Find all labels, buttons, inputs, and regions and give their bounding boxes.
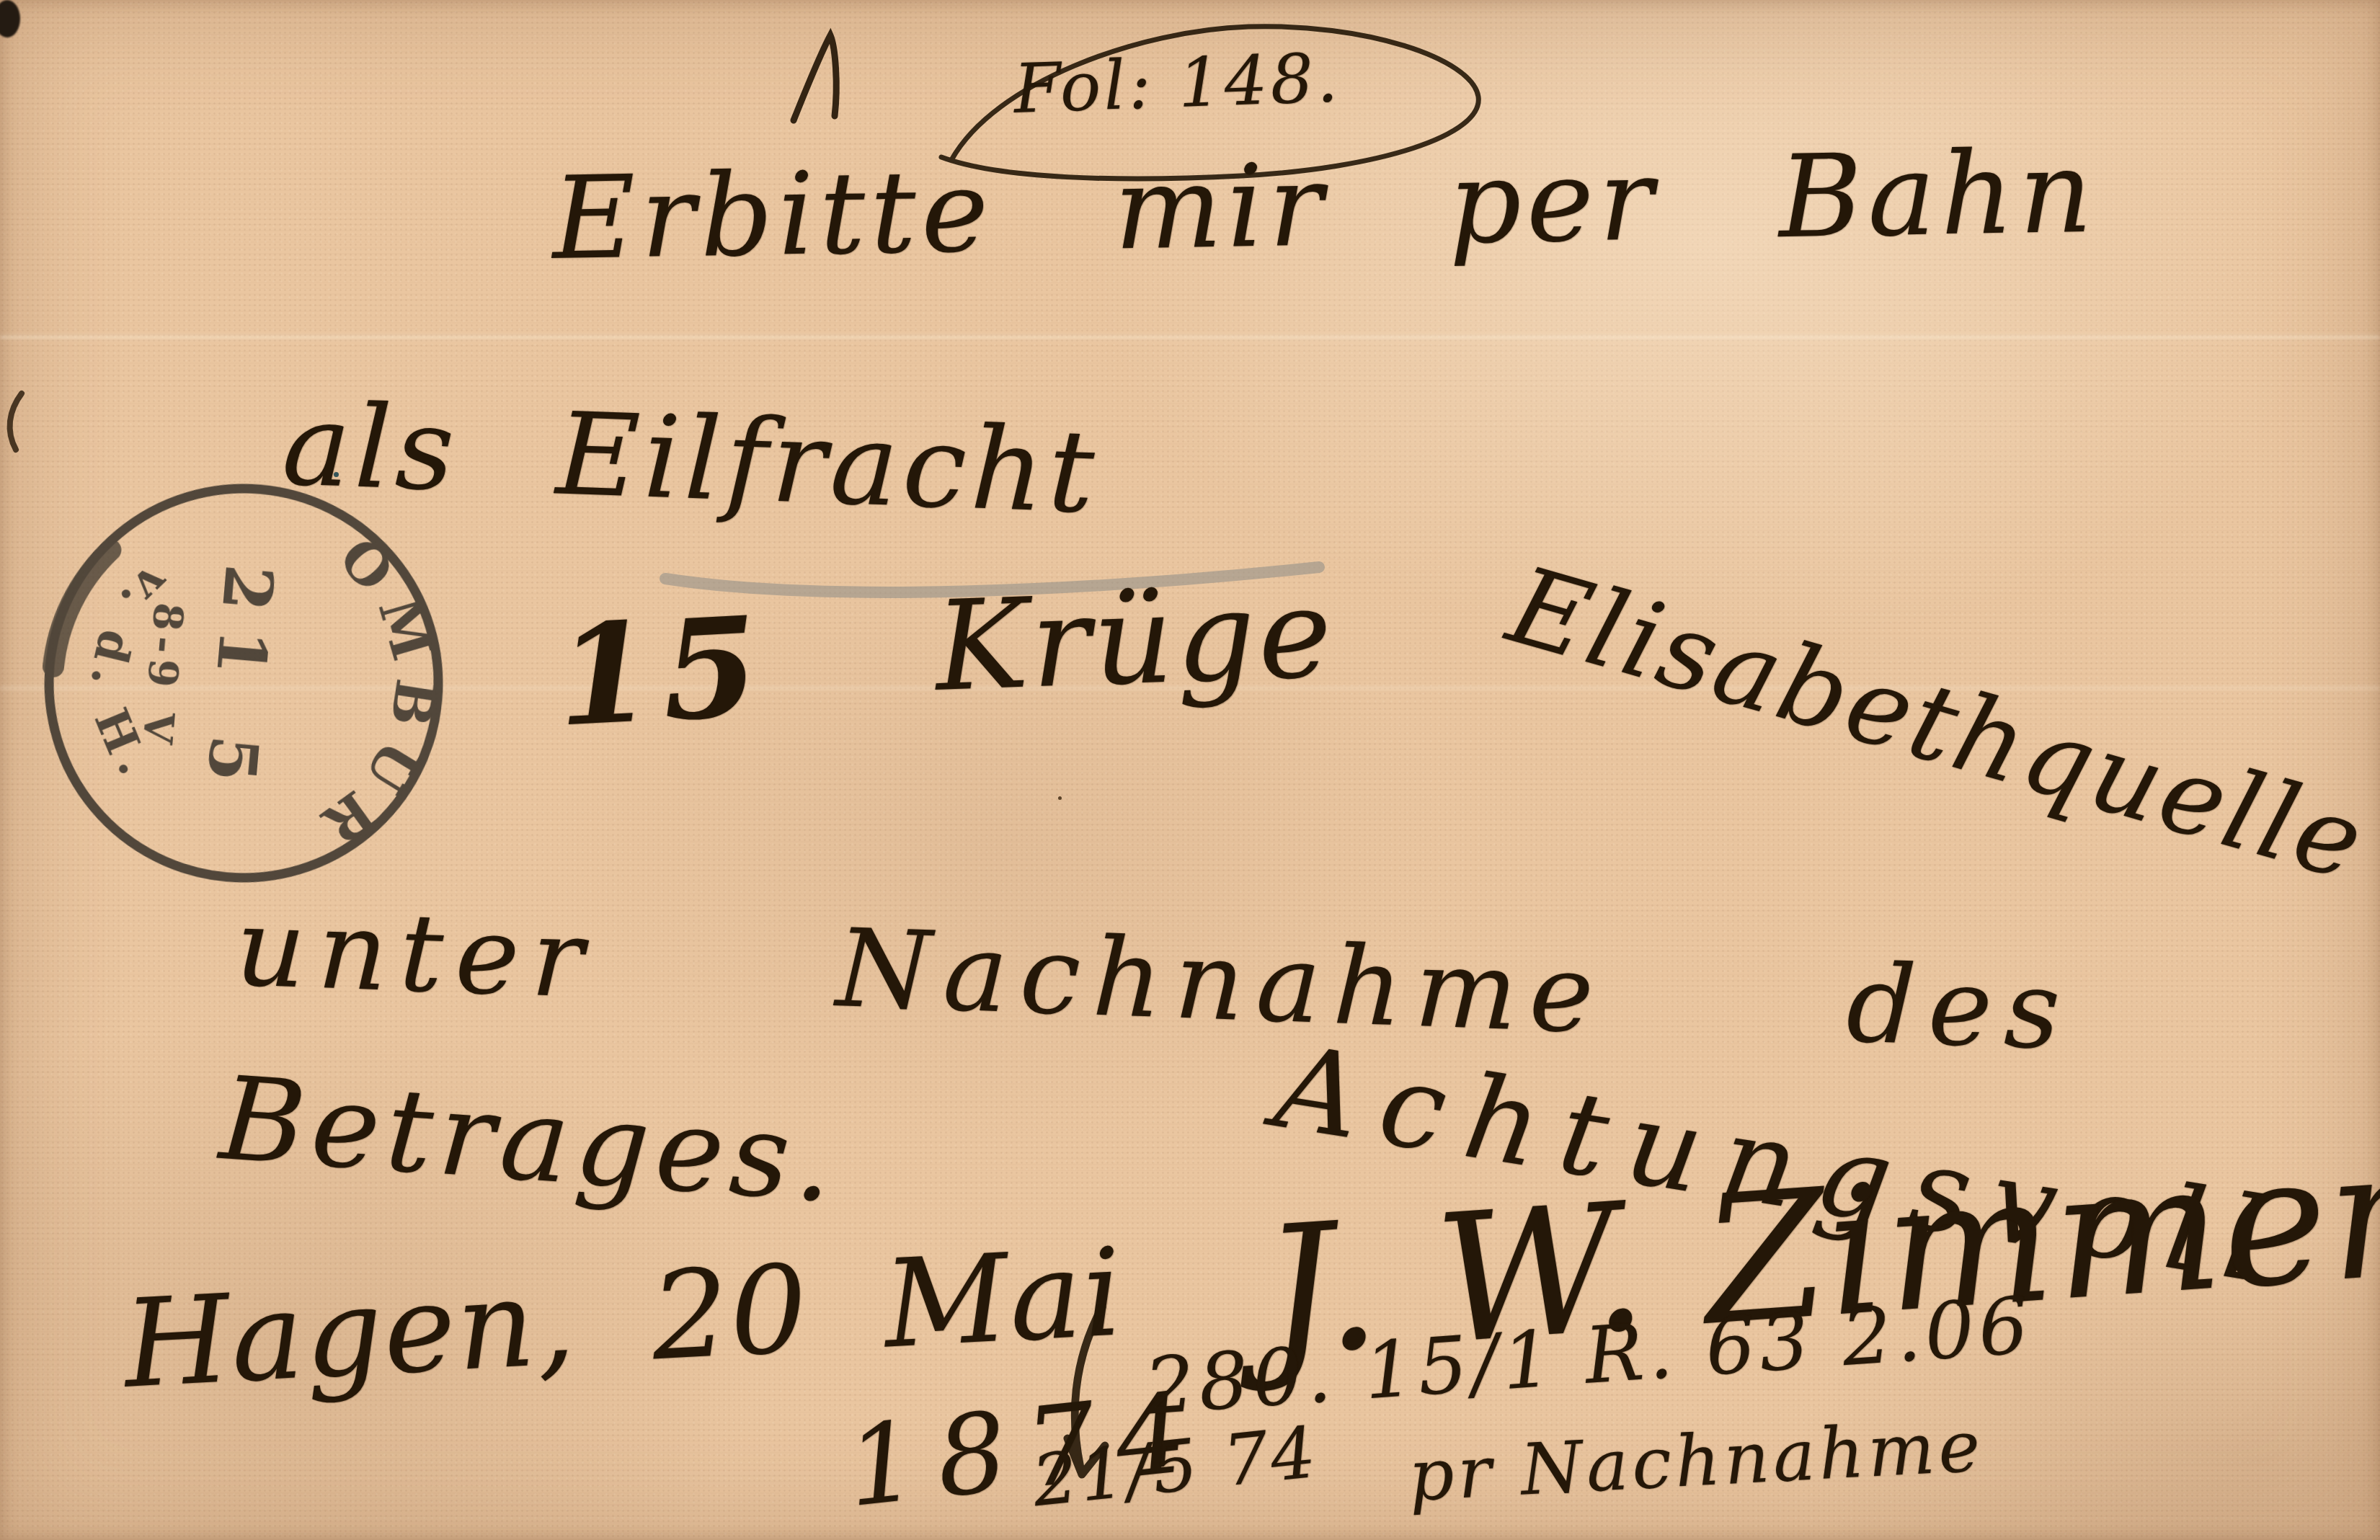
postmark-day-month: 21 5 [190, 561, 288, 804]
ink-blot [0, 0, 20, 37]
message-line-4: unter Nachnahme des [234, 894, 2074, 1066]
message-line-1: Erbitte mir per Bahn [551, 135, 2098, 276]
check-mark [789, 25, 876, 133]
scan-line [0, 335, 2380, 339]
method-note: pr Nachnahme [1407, 1411, 1986, 1512]
postcard-scan: Fol: 148. Erbitte mir per Bahn als Eilfr… [0, 0, 2380, 1540]
stray-pen-mark [0, 389, 43, 454]
message-line-5: Betrages. [217, 1061, 843, 1219]
paper-speck [1058, 796, 1062, 800]
product-name: Elisabethquelle [1498, 551, 2376, 897]
unit: Krüge [933, 571, 1336, 709]
folio-note: Fol: 148. [1013, 45, 1342, 124]
quantity: 15 [554, 598, 771, 746]
postmark-stamp: HOMBURG v. d. H. 21 5 8-9 V [9, 449, 478, 917]
place-date: Hagen, 20 Mai [121, 1232, 1127, 1405]
